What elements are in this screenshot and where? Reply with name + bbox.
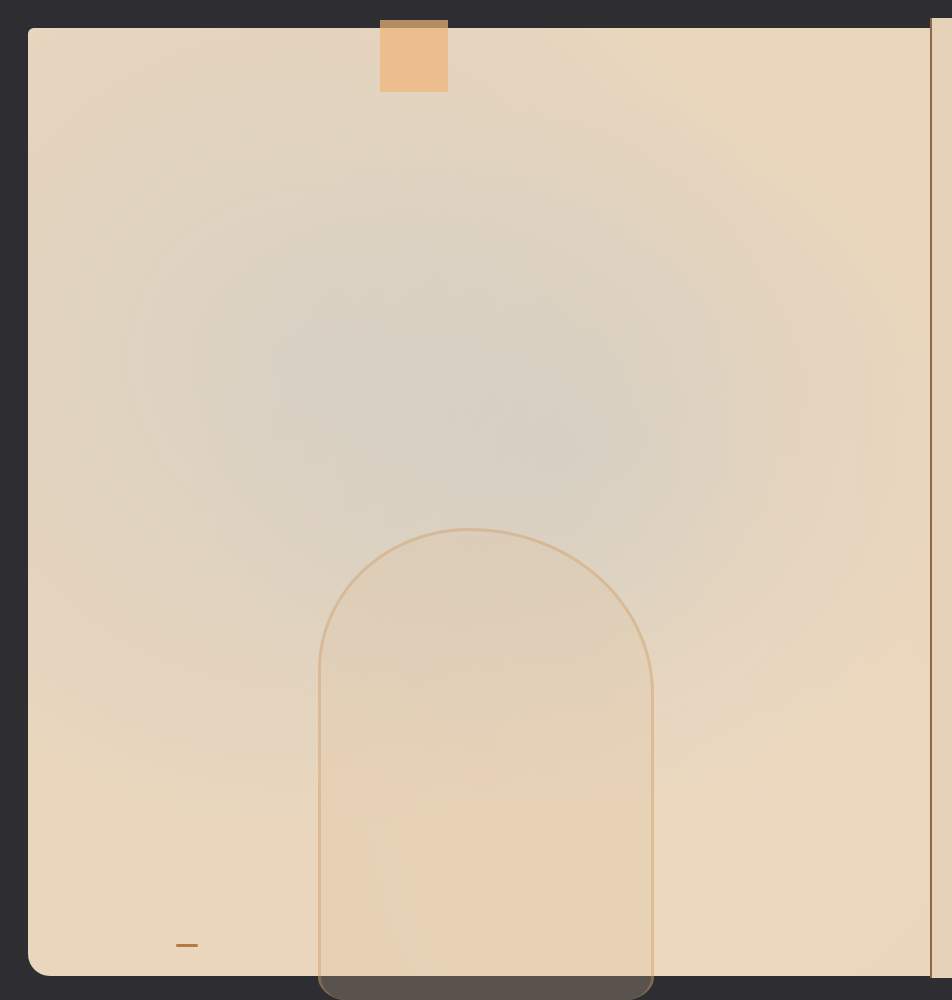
next-page-edge xyxy=(932,18,952,978)
seal-stamp xyxy=(380,20,448,92)
ink-mark xyxy=(176,944,198,947)
water-stain xyxy=(318,528,654,1000)
paper-page xyxy=(28,28,932,976)
